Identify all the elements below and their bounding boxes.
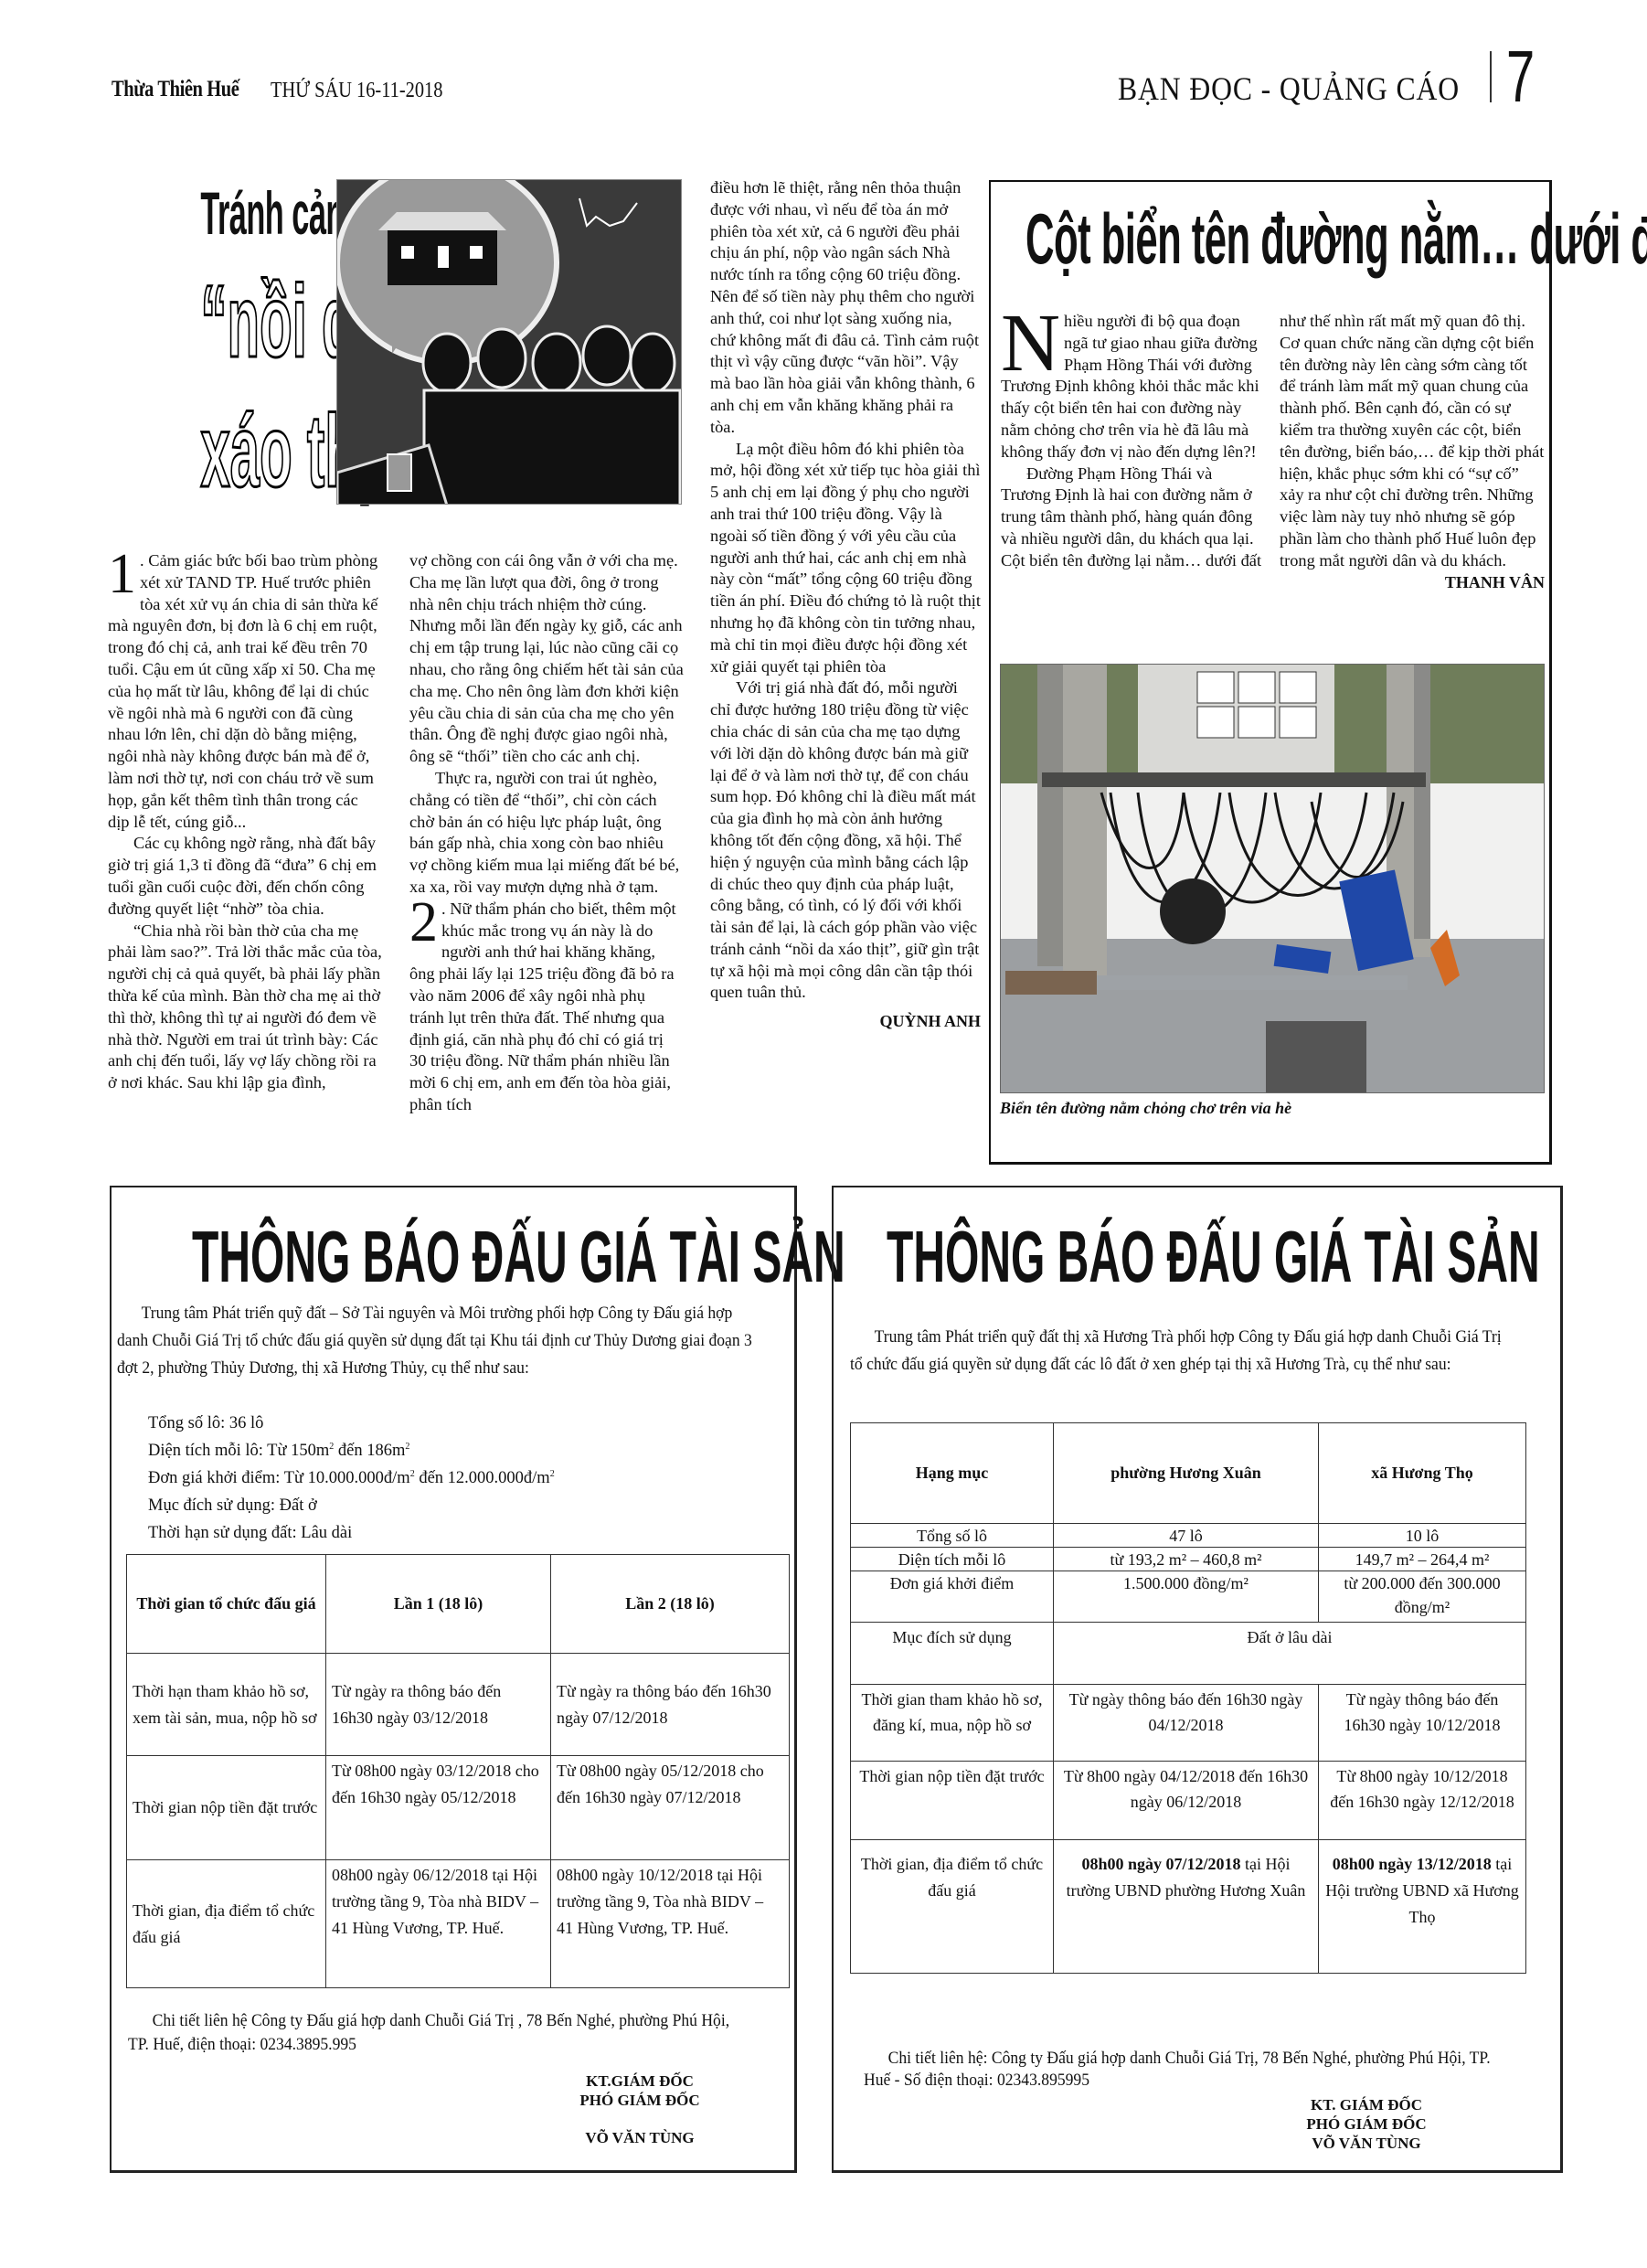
paragraph: điều hơn lẽ thiệt, rằng nên thỏa thuận đ… — [710, 177, 981, 439]
table-cell: Tổng số lô — [851, 1524, 1054, 1548]
table-row: Thời gian, địa điểm tổ chức đấu giá 08h0… — [851, 1840, 1526, 1974]
paragraph: Thực ra, người con trai út nghèo, chẳng … — [409, 768, 684, 899]
table-cell: Từ ngày thông báo đến 16h30 ngày 10/12/2… — [1319, 1685, 1526, 1762]
table-cell: Thời gian, địa điểm tổ chức đấu giá — [127, 1860, 326, 1988]
table-cell: Từ ngày ra thông báo đến 16h30 ngày 07/1… — [551, 1654, 790, 1756]
article1-column-3: điều hơn lẽ thiệt, rằng nên thỏa thuận đ… — [710, 177, 981, 1033]
notice1-contact: Chi tiết liên hệ Công ty Đấu giá hợp dan… — [128, 2009, 753, 2057]
header-divider — [1490, 51, 1492, 102]
fact-purpose: Mục đích sử dụng: Đất ở — [112, 1492, 788, 1519]
notice2-intro-text: Trung tâm Phát triển quỹ đất thị xã Hươn… — [850, 1324, 1510, 1379]
photo-image-icon — [1001, 665, 1545, 1093]
table-cell: Từ 8h00 ngày 04/12/2018 đến 16h30 ngày 0… — [1054, 1762, 1319, 1840]
headline-line-2: “nồi da — [200, 271, 288, 373]
table-row: Tổng số lô 47 lô 10 lô — [851, 1524, 1526, 1548]
table-cell: Từ 08h00 ngày 05/12/2018 cho đến 16h30 n… — [551, 1756, 790, 1860]
table-cell: 08h00 ngày 10/12/2018 tại Hội trường tần… — [551, 1860, 790, 1988]
table-row: Thời hạn tham khảo hồ sơ, xem tài sản, m… — [127, 1654, 790, 1756]
table-row: Diện tích mỗi lô từ 193,2 m² – 460,8 m² … — [851, 1548, 1526, 1571]
table-cell: Đất ở lâu dài — [1054, 1623, 1526, 1685]
photo-caption: Biển tên đường nằm chỏng chơ trên vỉa hè — [1000, 1099, 1291, 1118]
article1-headline: Tránh cảnh “nồi da xáo thịt” — [160, 183, 329, 503]
paragraph: . Nữ thẩm phán cho biết, thêm một khúc m… — [409, 900, 676, 1113]
article1-byline: QUỲNH ANH — [710, 1011, 981, 1033]
table-row: Mục đích sử dụng Đất ở lâu dài — [851, 1623, 1526, 1685]
notice2-signature: KT. GIÁM ĐỐC PHÓ GIÁM ĐỐC VÕ VĂN TÙNG — [1275, 2095, 1458, 2153]
table-cell: 08h00 ngày 06/12/2018 tại Hội trường tần… — [326, 1860, 551, 1988]
signatory-title: KT. GIÁM ĐỐC — [1275, 2095, 1458, 2114]
page-number: 7 — [1506, 40, 1535, 113]
drop-cap-n: N — [1001, 313, 1060, 375]
table-cell: Đơn giá khởi điểm — [851, 1571, 1054, 1623]
table-header-row: Thời gian tổ chức đấu giá Lần 1 (18 lô) … — [127, 1555, 790, 1654]
signatory-subtitle: PHÓ GIÁM ĐỐC — [1275, 2114, 1458, 2134]
table-row: Đơn giá khởi điểm 1.500.000 đồng/m² từ 2… — [851, 1571, 1526, 1623]
table-cell: Thời gian tham khảo hồ sơ, đăng kí, mua,… — [851, 1685, 1054, 1762]
table-cell: 149,7 m² – 264,4 m² — [1319, 1548, 1526, 1571]
table-cell: từ 193,2 m² – 460,8 m² — [1054, 1548, 1319, 1571]
paragraph: vợ chồng con cái ông vẫn ở với cha mẹ. C… — [409, 550, 684, 768]
notice1-intro: Trung tâm Phát triển quỹ đất – Sở Tài ng… — [117, 1300, 760, 1382]
paragraph: Các cụ không ngờ rằng, nhà đất bây giờ t… — [108, 833, 382, 920]
fact-total-lots: Tổng số lô: 36 lô — [112, 1410, 788, 1437]
table-cell: Từ 8h00 ngày 10/12/2018 đến 16h30 ngày 1… — [1319, 1762, 1526, 1840]
table-row: Thời gian tham khảo hồ sơ, đăng kí, mua,… — [851, 1685, 1526, 1762]
table-cell: 10 lô — [1319, 1524, 1526, 1548]
signatory-name: VÕ VĂN TÙNG — [1275, 2134, 1458, 2153]
table-cell: từ 200.000 đến 300.000 đồng/m² — [1319, 1571, 1526, 1623]
table-row: Thời gian, địa điểm tổ chức đấu giá 08h0… — [127, 1860, 790, 1988]
newspaper-name: Thừa Thiên Huế — [112, 77, 239, 102]
paragraph: . Cảm giác bức bối bao trùm phòng xét xử… — [108, 551, 377, 831]
section-title: BẠN ĐỌC - QUẢNG CÁO — [1118, 69, 1460, 108]
table-cell: Thời gian nộp tiền đặt trước — [851, 1762, 1054, 1840]
drop-cap-2: 2 — [409, 900, 438, 944]
table-cell: 47 lô — [1054, 1524, 1319, 1548]
notice1-contact-text: Chi tiết liên hệ Công ty Đấu giá hợp dan… — [128, 2009, 753, 2057]
notice1-signature: KT.GIÁM ĐỐC PHÓ GIÁM ĐỐC VÕ VĂN TÙNG — [548, 2071, 731, 2147]
table-cell: Diện tích mỗi lô — [851, 1548, 1054, 1571]
notice1-title: THÔNG BÁO ĐẤU GIÁ TÀI SẢN — [192, 1220, 845, 1294]
paragraph: như thế nhìn rất mất mỹ quan đô thị. Cơ … — [1280, 311, 1545, 572]
table-row: Thời gian nộp tiền đặt trước Từ 08h00 ng… — [127, 1756, 790, 1860]
table-header: Hạng mục — [851, 1423, 1054, 1524]
article1-column-1: 1. Cảm giác bức bối bao trùm phòng xét x… — [108, 550, 382, 1094]
signatory-name: VÕ VĂN TÙNG — [548, 2128, 731, 2147]
table-row: Thời gian nộp tiền đặt trước Từ 8h00 ngà… — [851, 1762, 1526, 1840]
table-header: Lần 1 (18 lô) — [326, 1555, 551, 1654]
table-header: xã Hương Thọ — [1319, 1423, 1526, 1524]
illustration-image-icon — [337, 180, 682, 505]
table-cell: 08h00 ngày 13/12/2018 tại Hội trường UBN… — [1319, 1840, 1526, 1974]
article1-column-2: vợ chồng con cái ông vẫn ở với cha mẹ. C… — [409, 550, 684, 1116]
notice2-contact-text: Chi tiết liên hệ: Công ty Đấu giá hợp da… — [864, 2048, 1506, 2092]
article2-headline: Cột biển tên đường nằm… dưới đất — [1025, 203, 1312, 274]
headline-line-1: Tránh cảnh — [200, 183, 288, 243]
fact-term: Thời hạn sử dụng đất: Lâu dài — [112, 1519, 788, 1547]
notice1-intro-text: Trung tâm Phát triển quỹ đất – Sở Tài ng… — [117, 1300, 760, 1382]
table-cell: 1.500.000 đồng/m² — [1054, 1571, 1319, 1623]
paragraph: Với trị giá nhà đất đó, mỗi người chỉ đư… — [710, 677, 981, 1004]
headline-line-3: xáo thịt” — [200, 400, 288, 503]
notice1-schedule-table: Thời gian tổ chức đấu giá Lần 1 (18 lô) … — [126, 1554, 790, 1988]
table-header-row: Hạng mục phường Hương Xuân xã Hương Thọ — [851, 1423, 1526, 1524]
table-cell: 08h00 ngày 07/12/2018 tại Hội trường UBN… — [1054, 1840, 1319, 1974]
table-cell: Từ ngày thông báo đến 16h30 ngày 04/12/2… — [1054, 1685, 1319, 1762]
issue-date: THỨ SÁU 16-11-2018 — [271, 79, 442, 103]
paragraph: “Chia nhà rồi bàn thờ của cha mẹ phải là… — [108, 921, 382, 1094]
table-header: Thời gian tổ chức đấu giá — [127, 1555, 326, 1654]
notice1-facts: Tổng số lô: 36 lô Diện tích mỗi lô: Từ 1… — [112, 1410, 788, 1547]
table-cell: Thời gian nộp tiền đặt trước — [127, 1756, 326, 1860]
notice2-intro: Trung tâm Phát triển quỹ đất thị xã Hươn… — [850, 1324, 1510, 1379]
fact-area: Diện tích mỗi lô: Từ 150m2 đến 186m2 — [112, 1437, 788, 1464]
notice2-lots-table: Hạng mục phường Hương Xuân xã Hương Thọ … — [850, 1422, 1526, 1974]
paragraph: Lạ một điều hôm đó khi phiên tòa mở, hội… — [710, 439, 981, 678]
notice2-contact: Chi tiết liên hệ: Công ty Đấu giá hợp da… — [864, 2048, 1506, 2092]
table-cell: Từ 08h00 ngày 03/12/2018 cho đến 16h30 n… — [326, 1756, 551, 1860]
notice2-title: THÔNG BÁO ĐẤU GIÁ TÀI SẢN — [887, 1220, 1540, 1294]
article2-column-2: như thế nhìn rất mất mỹ quan đô thị. Cơ … — [1280, 311, 1545, 593]
paragraph: Đường Phạm Hồng Thái và Trương Định là h… — [1001, 463, 1266, 572]
courtroom-illustration — [336, 179, 682, 505]
article2-column-1: Nhiều người đi bộ qua đoạn ngã tư giao n… — [1001, 311, 1266, 572]
article2-byline: THANH VÂN — [1280, 572, 1545, 594]
street-sign-photo — [1000, 664, 1545, 1093]
signatory-subtitle: PHÓ GIÁM ĐỐC — [548, 2091, 731, 2110]
table-cell: Mục đích sử dụng — [851, 1623, 1054, 1685]
table-header: phường Hương Xuân — [1054, 1423, 1319, 1524]
drop-cap-1: 1 — [108, 552, 136, 596]
table-cell: Từ ngày ra thông báo đến 16h30 ngày 03/1… — [326, 1654, 551, 1756]
fact-price: Đơn giá khởi điểm: Từ 10.000.000đ/m2 đến… — [112, 1464, 788, 1492]
table-cell: Thời gian, địa điểm tổ chức đấu giá — [851, 1840, 1054, 1974]
signatory-title: KT.GIÁM ĐỐC — [548, 2071, 731, 2091]
table-header: Lần 2 (18 lô) — [551, 1555, 790, 1654]
table-cell: Thời hạn tham khảo hồ sơ, xem tài sản, m… — [127, 1654, 326, 1756]
